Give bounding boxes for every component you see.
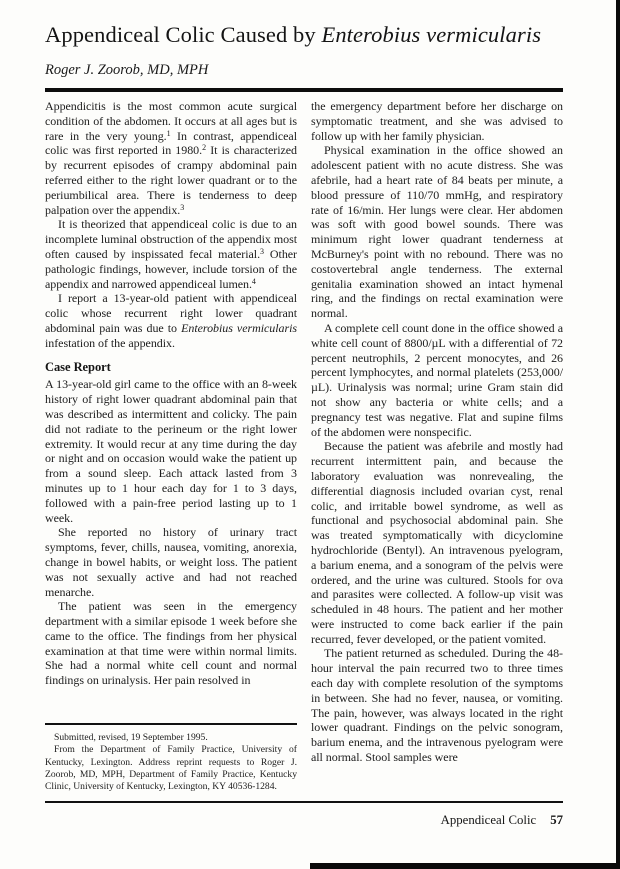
paragraph-case-3: The patient was seen in the emergency de…	[45, 599, 297, 688]
paragraph-case-2: She reported no history of urinary tract…	[45, 525, 297, 599]
reference-superscript: 3	[180, 203, 184, 212]
paragraph-intro-1: Appendicitis is the most common acute su…	[45, 99, 297, 217]
paragraph-follow-up: The patient returned as scheduled. Durin…	[311, 646, 563, 764]
scan-artifact-right-bar	[616, 0, 620, 869]
left-column: Appendicitis is the most common acute su…	[45, 99, 297, 688]
journal-page: Appendiceal Colic Caused by Enterobius v…	[0, 0, 620, 869]
paragraph-text: infestation of the appendix.	[45, 336, 175, 350]
paragraph-continuation: the emergency department before her disc…	[311, 99, 563, 143]
article-title: Appendiceal Colic Caused by Enterobius v…	[45, 22, 563, 49]
paragraph-intro-2: It is theorized that appendiceal colic i…	[45, 217, 297, 291]
footnote-submitted: Submitted, revised, 19 September 1995.	[45, 732, 297, 744]
footnote-rule	[45, 723, 297, 725]
paragraph-differential: Because the patient was afebrile and mos…	[311, 439, 563, 646]
paragraph-intro-3: I report a 13-year-old patient with appe…	[45, 291, 297, 350]
page-number: 57	[550, 813, 563, 827]
author-byline: Roger J. Zoorob, MD, MPH	[45, 62, 563, 79]
right-column: the emergency department before her disc…	[311, 99, 563, 765]
species-name-italic: Enterobius vermicularis	[181, 321, 297, 335]
page-footer: Appendiceal Colic57	[45, 801, 563, 828]
footer-rule	[45, 801, 563, 803]
footnote-block: Submitted, revised, 19 September 1995. F…	[45, 723, 297, 793]
paragraph-physical-exam: Physical examination in the office showe…	[311, 143, 563, 321]
footnote-text: Submitted, revised, 19 September 1995. F…	[45, 732, 297, 793]
article-title-species: Enterobius vermicularis	[321, 22, 541, 47]
section-heading-case-report: Case Report	[45, 360, 297, 375]
reference-superscript: 4	[252, 277, 256, 286]
article-title-text: Appendiceal Colic Caused by	[45, 22, 321, 47]
article-header: Appendiceal Colic Caused by Enterobius v…	[45, 22, 563, 92]
paragraph-lab-results: A complete cell count done in the office…	[311, 321, 563, 439]
running-title: Appendiceal Colic	[441, 813, 537, 827]
paragraph-case-1: A 13-year-old girl came to the office wi…	[45, 377, 297, 525]
footer-row: Appendiceal Colic57	[45, 813, 563, 828]
footnote-affiliation: From the Department of Family Practice, …	[45, 744, 297, 793]
header-rule	[45, 88, 563, 92]
two-column-body: Appendicitis is the most common acute su…	[45, 99, 563, 765]
scan-artifact-bottom-bar	[310, 863, 620, 869]
